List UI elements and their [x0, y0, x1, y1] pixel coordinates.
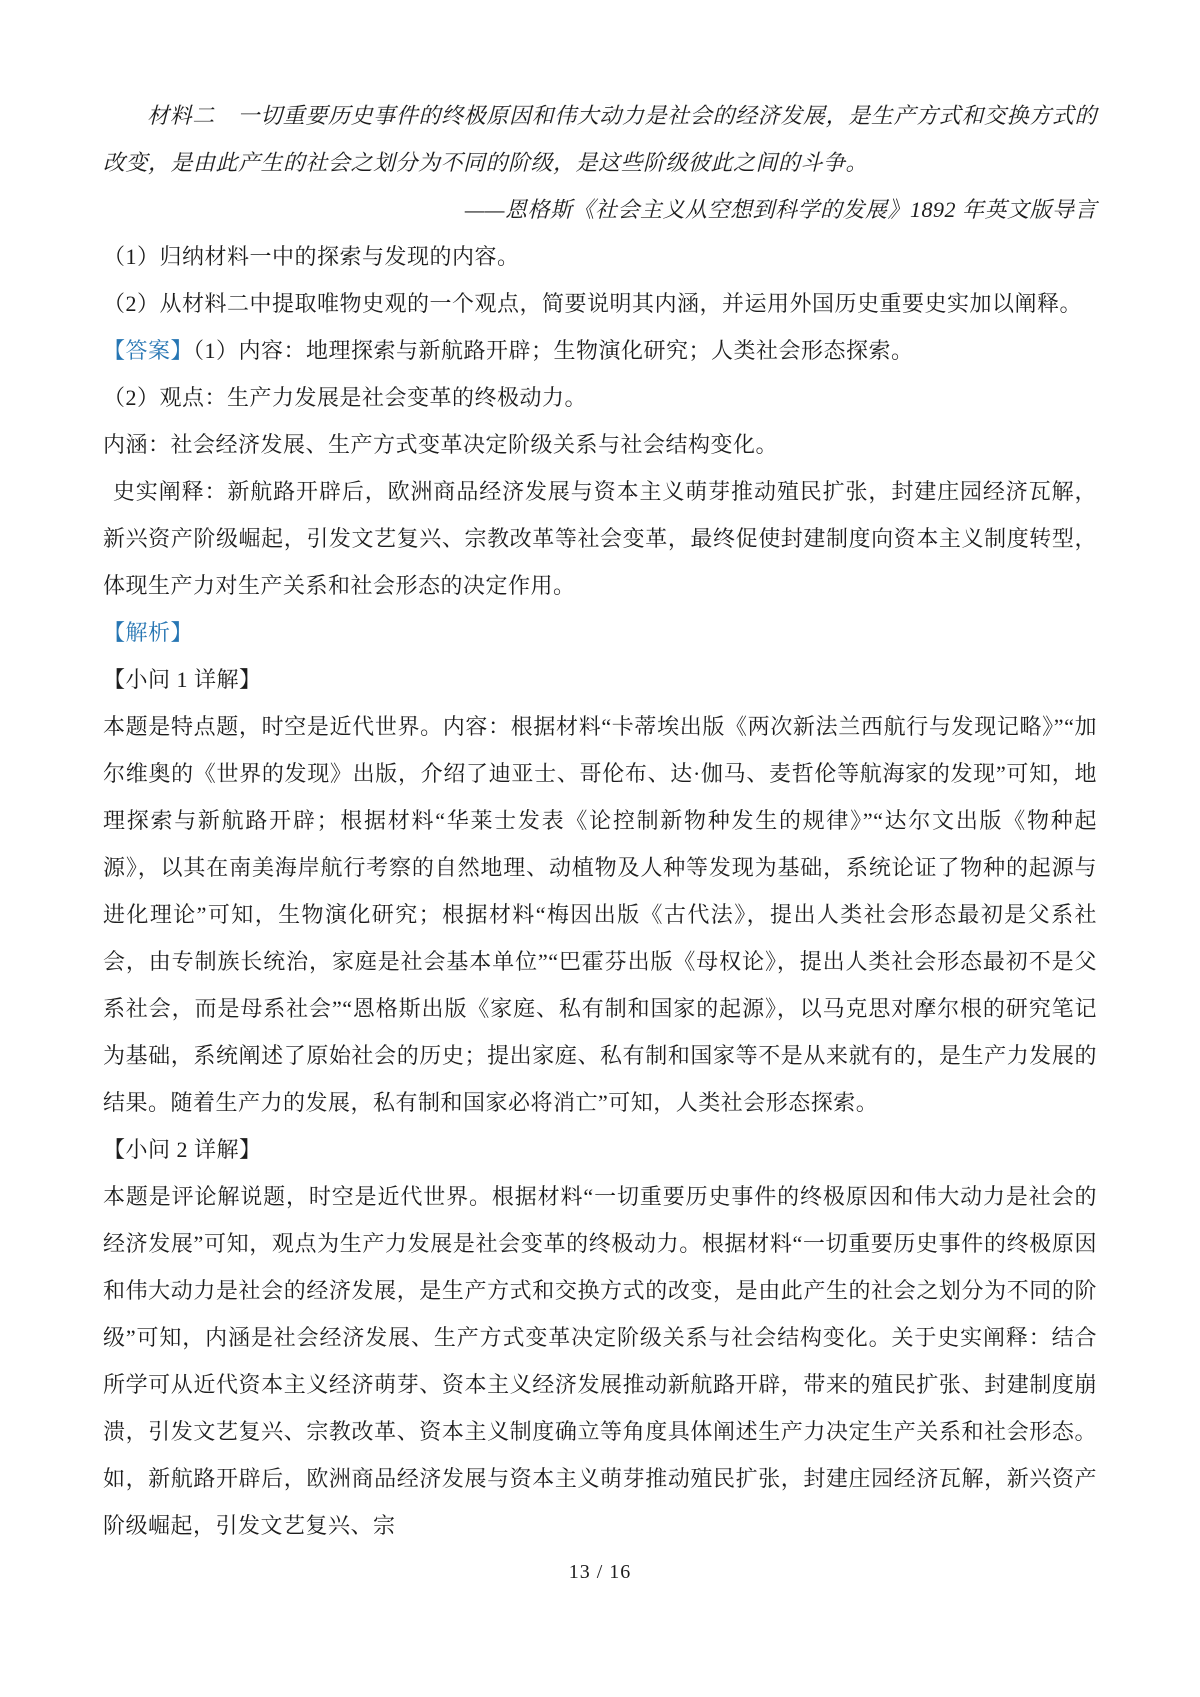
answer-part-1: （1）内容：地理探索与新航路开辟；生物演化研究；人类社会形态探索。: [193, 338, 914, 363]
subquestion-1-detail: 本题是特点题，时空是近代世界。内容：根据材料“卡蒂埃出版《两次新法兰西航行与发现…: [103, 703, 1097, 1126]
answer-label: 【答案】: [103, 338, 193, 363]
answer-paragraph-1: 【答案】（1）内容：地理探索与新航路开辟；生物演化研究；人类社会形态探索。: [103, 327, 1097, 374]
document-body: 材料二 一切重要历史事件的终极原因和伟大动力是社会的经济发展，是生产方式和交换方…: [0, 0, 1200, 1549]
source-attribution: ——恩格斯《社会主义从空想到科学的发展》1892 年英文版导言: [103, 186, 1097, 233]
subquestion-2-heading: 【小问 2 详解】: [103, 1126, 1097, 1173]
question-2: （2）从材料二中提取唯物史观的一个观点，简要说明其内涵，并运用外国历史重要史实加…: [103, 280, 1097, 327]
subquestion-2-detail: 本题是评论解说题，时空是近代世界。根据材料“一切重要历史事件的终极原因和伟大动力…: [103, 1173, 1097, 1549]
answer-connotation: 内涵：社会经济发展、生产方式变革决定阶级关系与社会结构变化。: [103, 421, 1097, 468]
document-page: 材料二 一切重要历史事件的终极原因和伟大动力是社会的经济发展，是生产方式和交换方…: [0, 0, 1200, 1697]
material-2-paragraph: 材料二 一切重要历史事件的终极原因和伟大动力是社会的经济发展，是生产方式和交换方…: [103, 92, 1097, 186]
subquestion-1-heading: 【小问 1 详解】: [103, 656, 1097, 703]
answer-explanation: 史实阐释：新航路开辟后，欧洲商品经济发展与资本主义萌芽推动殖民扩张，封建庄园经济…: [103, 468, 1097, 609]
question-1: （1）归纳材料一中的探索与发现的内容。: [103, 233, 1097, 280]
analysis-label: 【解析】: [103, 609, 1097, 656]
answer-part-2: （2）观点：生产力发展是社会变革的终极动力。: [103, 374, 1097, 421]
page-number: 13 / 16: [0, 1558, 1200, 1586]
